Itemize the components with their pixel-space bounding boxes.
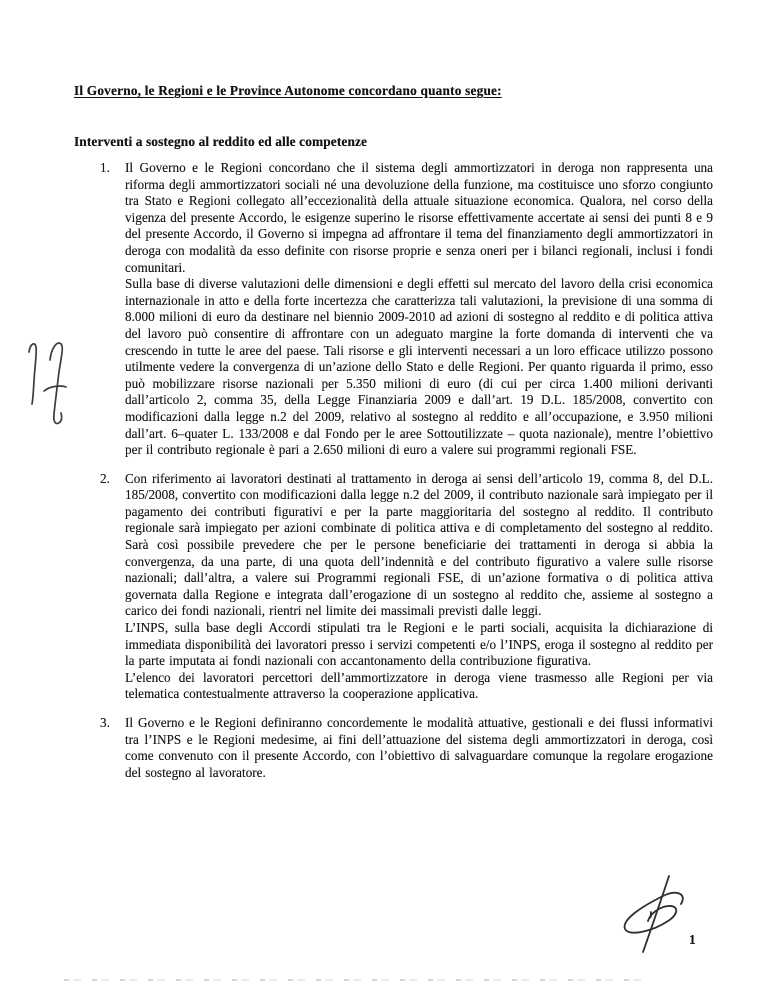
section-heading: Interventi a sostegno al reddito ed alle… [74,134,367,150]
paragraph: L’elenco dei lavoratori percettori dell’… [125,670,713,703]
handwritten-initials [16,336,74,432]
item-text: Con riferimento ai lavoratori destinati … [125,471,713,703]
item-number: 3. [100,715,125,781]
page-number: 1 [689,932,696,948]
page-title: Il Governo, le Regioni e le Province Aut… [74,83,502,99]
list-item: 1. Il Governo e le Regioni concordano ch… [100,160,713,459]
paragraph: Il Governo e le Regioni definiranno conc… [125,715,713,781]
list-item: 3. Il Governo e le Regioni definiranno c… [100,715,713,781]
paragraph: Sulla base di diverse valutazioni delle … [125,276,713,459]
scan-artifact-line [64,979,650,981]
item-number: 2. [100,471,125,703]
item-number: 1. [100,160,125,459]
paragraph: Il Governo e le Regioni concordano che i… [125,160,713,276]
numbered-list: 1. Il Governo e le Regioni concordano ch… [100,160,713,781]
item-text: Il Governo e le Regioni definiranno conc… [125,715,713,781]
paragraph: L’INPS, sulla base degli Accordi stipula… [125,620,713,670]
document-page: Il Governo, le Regioni e le Province Aut… [0,0,768,994]
item-text: Il Governo e le Regioni concordano che i… [125,160,713,459]
list-item: 2. Con riferimento ai lavoratori destina… [100,471,713,703]
paragraph: Con riferimento ai lavoratori destinati … [125,471,713,620]
